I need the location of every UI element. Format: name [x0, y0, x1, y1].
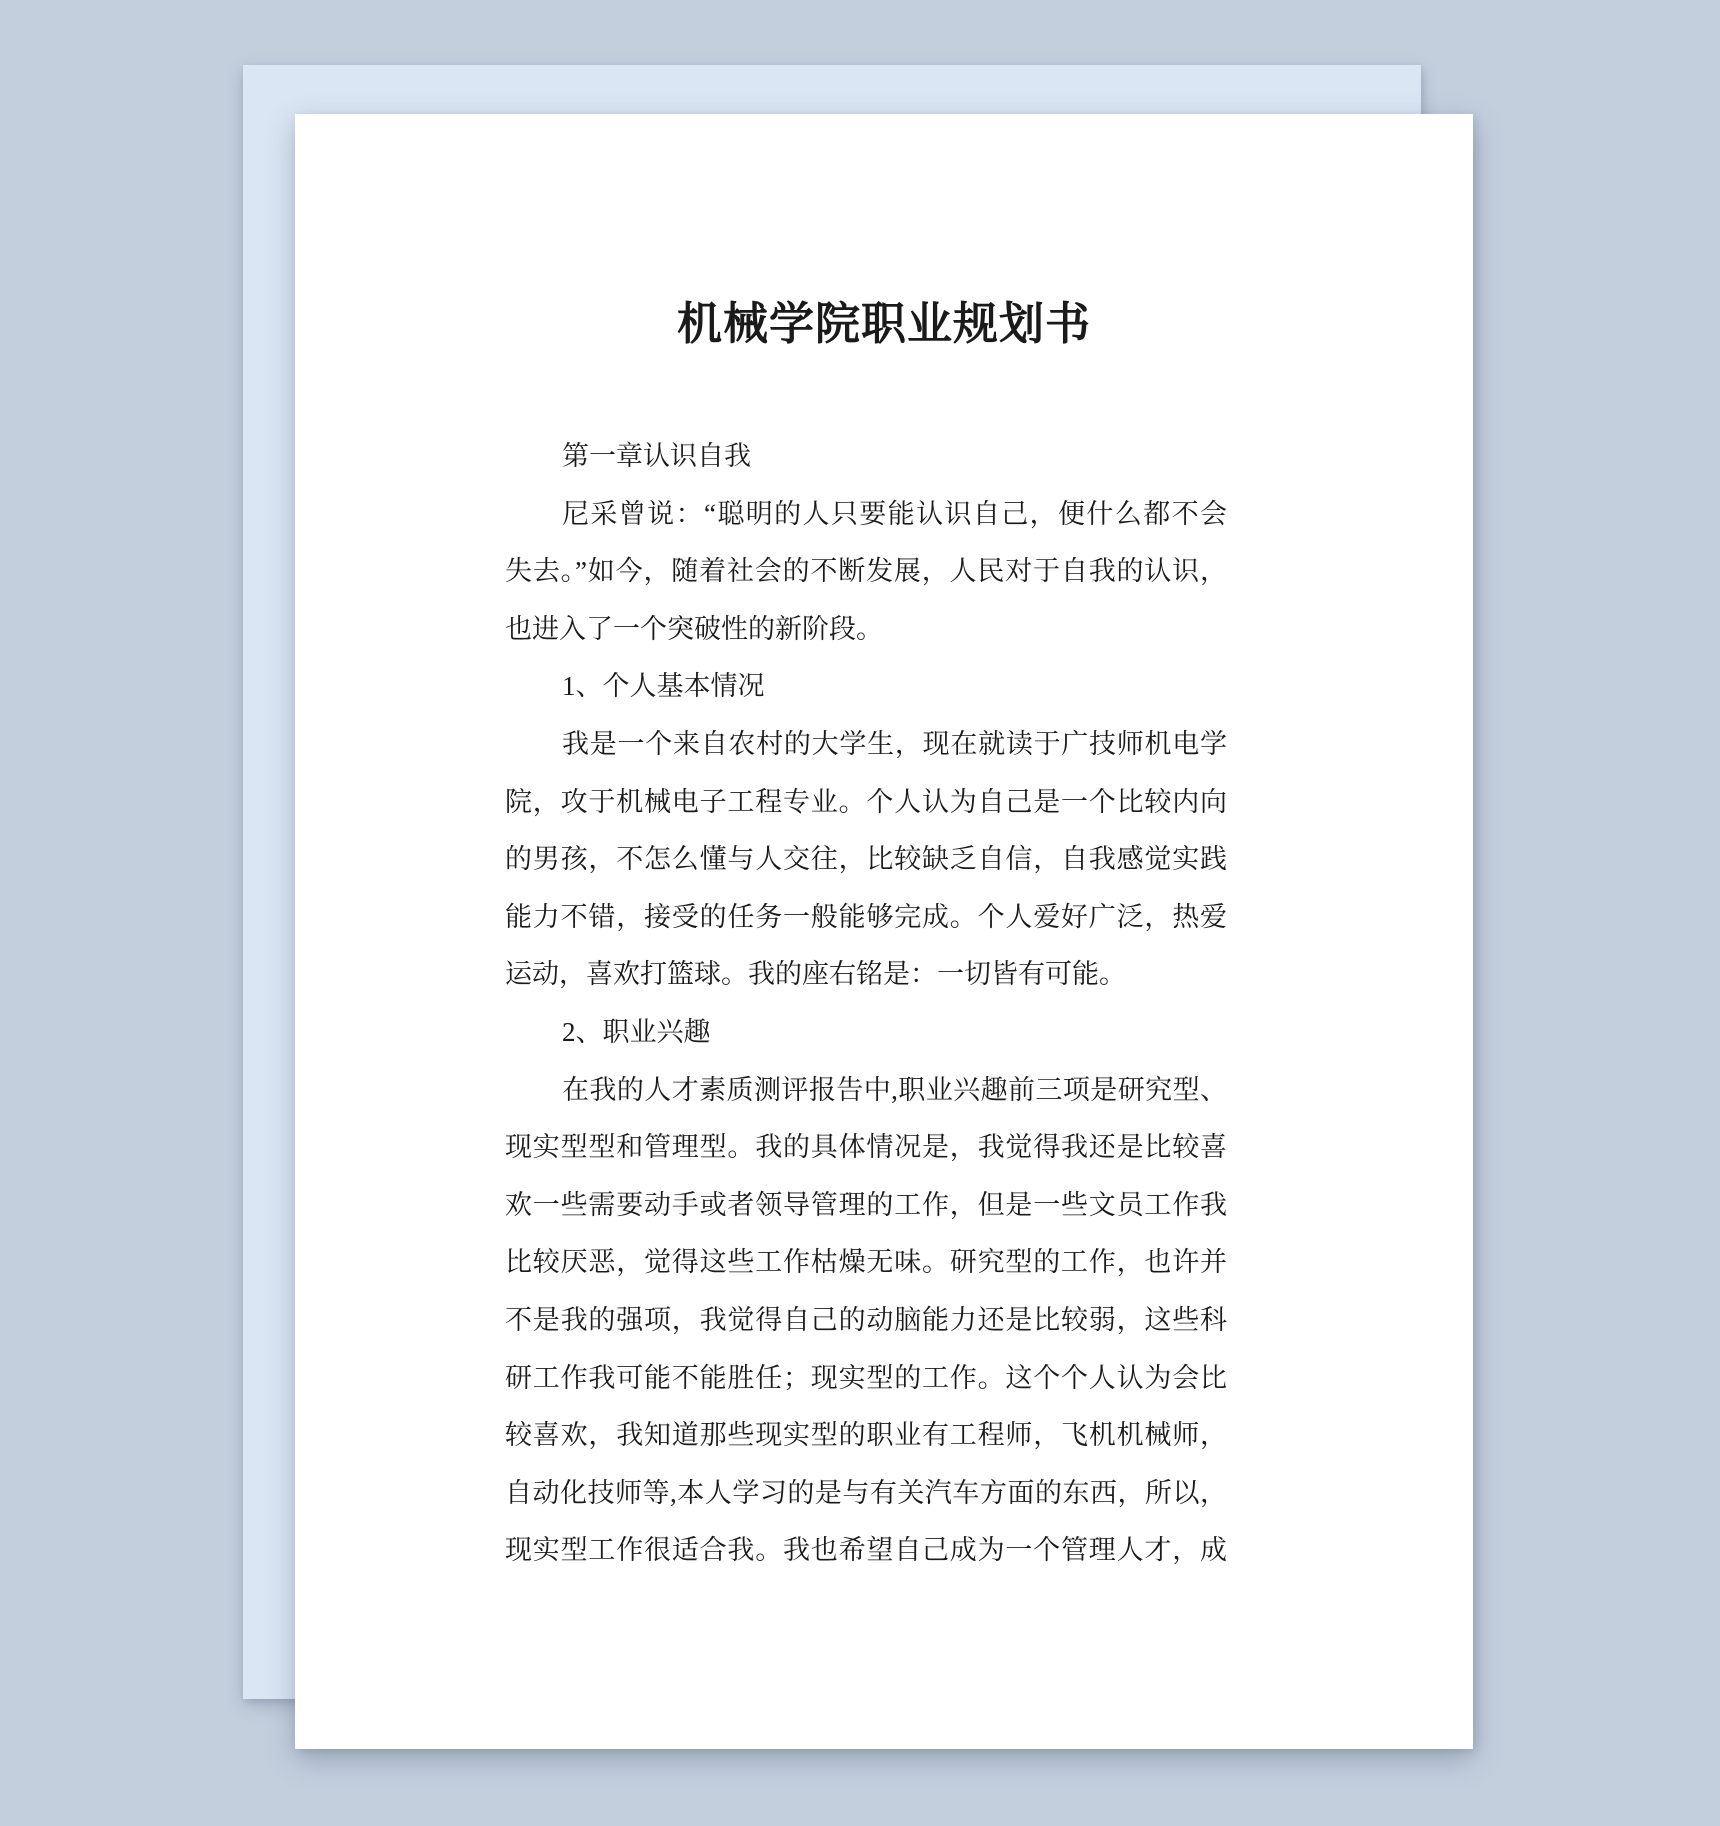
document-body: 第一章认识自我尼采曾说：“聪明的人只要能认识自己，便什么都不会失去。”如今，随着… [505, 428, 1227, 1580]
document-line: 自动化技师等,本人学习的是与有关汽车方面的东西，所以， [505, 1465, 1227, 1523]
document-line: 第一章认识自我 [505, 428, 1227, 486]
document-line: 尼采曾说：“聪明的人只要能认识自己，便什么都不会 [505, 486, 1227, 544]
document-line: 也进入了一个突破性的新阶段。 [505, 601, 1227, 659]
document-preview-canvas: 机械学院职业规划书 第一章认识自我尼采曾说：“聪明的人只要能认识自己，便什么都不… [0, 0, 1720, 1826]
document-line: 院，攻于机械电子工程专业。个人认为自己是一个比较内向 [505, 774, 1227, 832]
document-line: 我是一个来自农村的大学生，现在就读于广技师机电学 [505, 716, 1227, 774]
document-line: 现实型工作很适合我。我也希望自己成为一个管理人才，成 [505, 1522, 1227, 1580]
document-line: 不是我的强项，我觉得自己的动脑能力还是比较弱，这些科 [505, 1292, 1227, 1350]
document-line: 的男孩，不怎么懂与人交往，比较缺乏自信，自我感觉实践 [505, 831, 1227, 889]
document-line: 1、个人基本情况 [505, 658, 1227, 716]
document-line: 能力不错，接受的任务一般能够完成。个人爱好广泛，热爱 [505, 889, 1227, 947]
document-line: 欢一些需要动手或者领导管理的工作，但是一些文员工作我 [505, 1177, 1227, 1235]
document-page: 机械学院职业规划书 第一章认识自我尼采曾说：“聪明的人只要能认识自己，便什么都不… [295, 114, 1473, 1749]
document-title: 机械学院职业规划书 [295, 298, 1473, 350]
document-line: 比较厌恶，觉得这些工作枯燥无味。研究型的工作，也许并 [505, 1234, 1227, 1292]
document-line: 2、职业兴趣 [505, 1004, 1227, 1062]
document-line: 现实型型和管理型。我的具体情况是，我觉得我还是比较喜 [505, 1119, 1227, 1177]
document-line: 较喜欢，我知道那些现实型的职业有工程师，飞机机械师， [505, 1407, 1227, 1465]
document-line: 在我的人才素质测评报告中,职业兴趣前三项是研究型、 [505, 1062, 1227, 1120]
document-line: 运动，喜欢打篮球。我的座右铭是：一切皆有可能。 [505, 946, 1227, 1004]
document-line: 研工作我可能不能胜任；现实型的工作。这个个人认为会比 [505, 1350, 1227, 1408]
document-line: 失去。”如今，随着社会的不断发展，人民对于自我的认识， [505, 543, 1227, 601]
